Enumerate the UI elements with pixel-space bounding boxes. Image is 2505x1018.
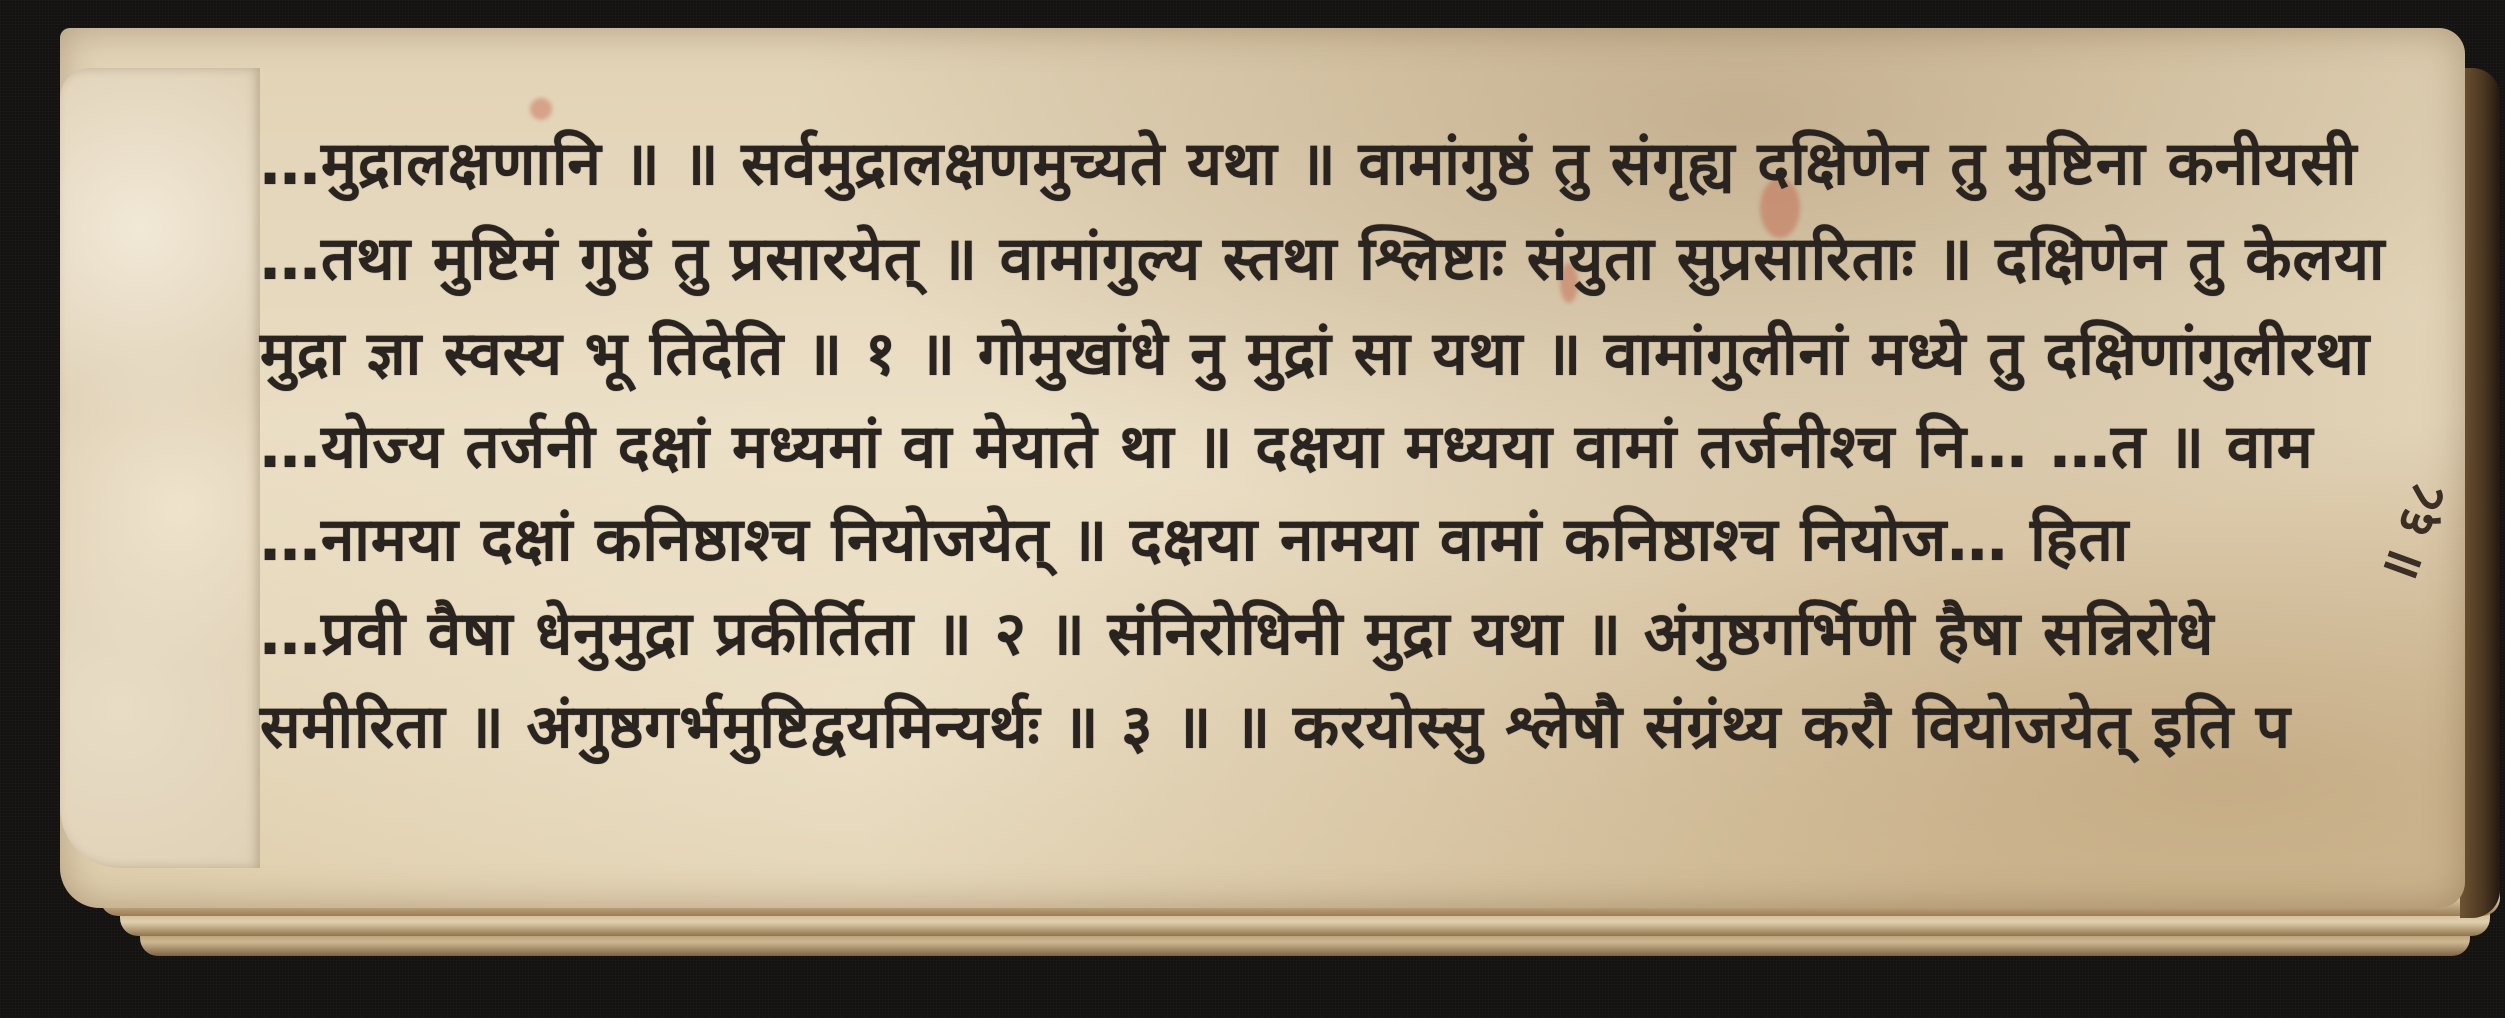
manuscript-spine — [2460, 68, 2500, 918]
manuscript-folio: …मुद्रालक्षणानि ॥ ॥ सर्वमुद्रालक्षणमुच्य… — [60, 28, 2500, 988]
text-line-5: …नामया दक्षां कनिष्ठाश्च नियोजयेत् ॥ दक्… — [260, 496, 2129, 578]
manuscript-page: …मुद्रालक्षणानि ॥ ॥ सर्वमुद्रालक्षणमुच्य… — [60, 28, 2465, 908]
text-line-7: समीरिता ॥ अंगुष्ठगर्भमुष्टिद्वयमिन्यर्थः… — [260, 683, 2291, 765]
folio-number: ॥ ६८ — [2360, 471, 2462, 592]
text-line-2: …तथा मुष्टिमं गुष्ठं तु प्रसारयेत् ॥ वाम… — [260, 215, 2385, 297]
text-line-6: …प्रवी वैषा धेनुमुद्रा प्रकीर्तिता ॥ २ ॥… — [260, 590, 2214, 672]
text-line-4: …योज्य तर्जनी दक्षां मध्यमां वा मेयाते थ… — [260, 403, 2314, 485]
damaged-left-margin — [60, 68, 260, 868]
red-ink-stain — [530, 98, 552, 120]
text-line-1: …मुद्रालक्षणानि ॥ ॥ सर्वमुद्रालक्षणमुच्य… — [260, 120, 2357, 202]
text-line-3: मुद्रा ज्ञा स्वस्य भू तिदेति ॥ १ ॥ गोमुख… — [260, 310, 2370, 392]
